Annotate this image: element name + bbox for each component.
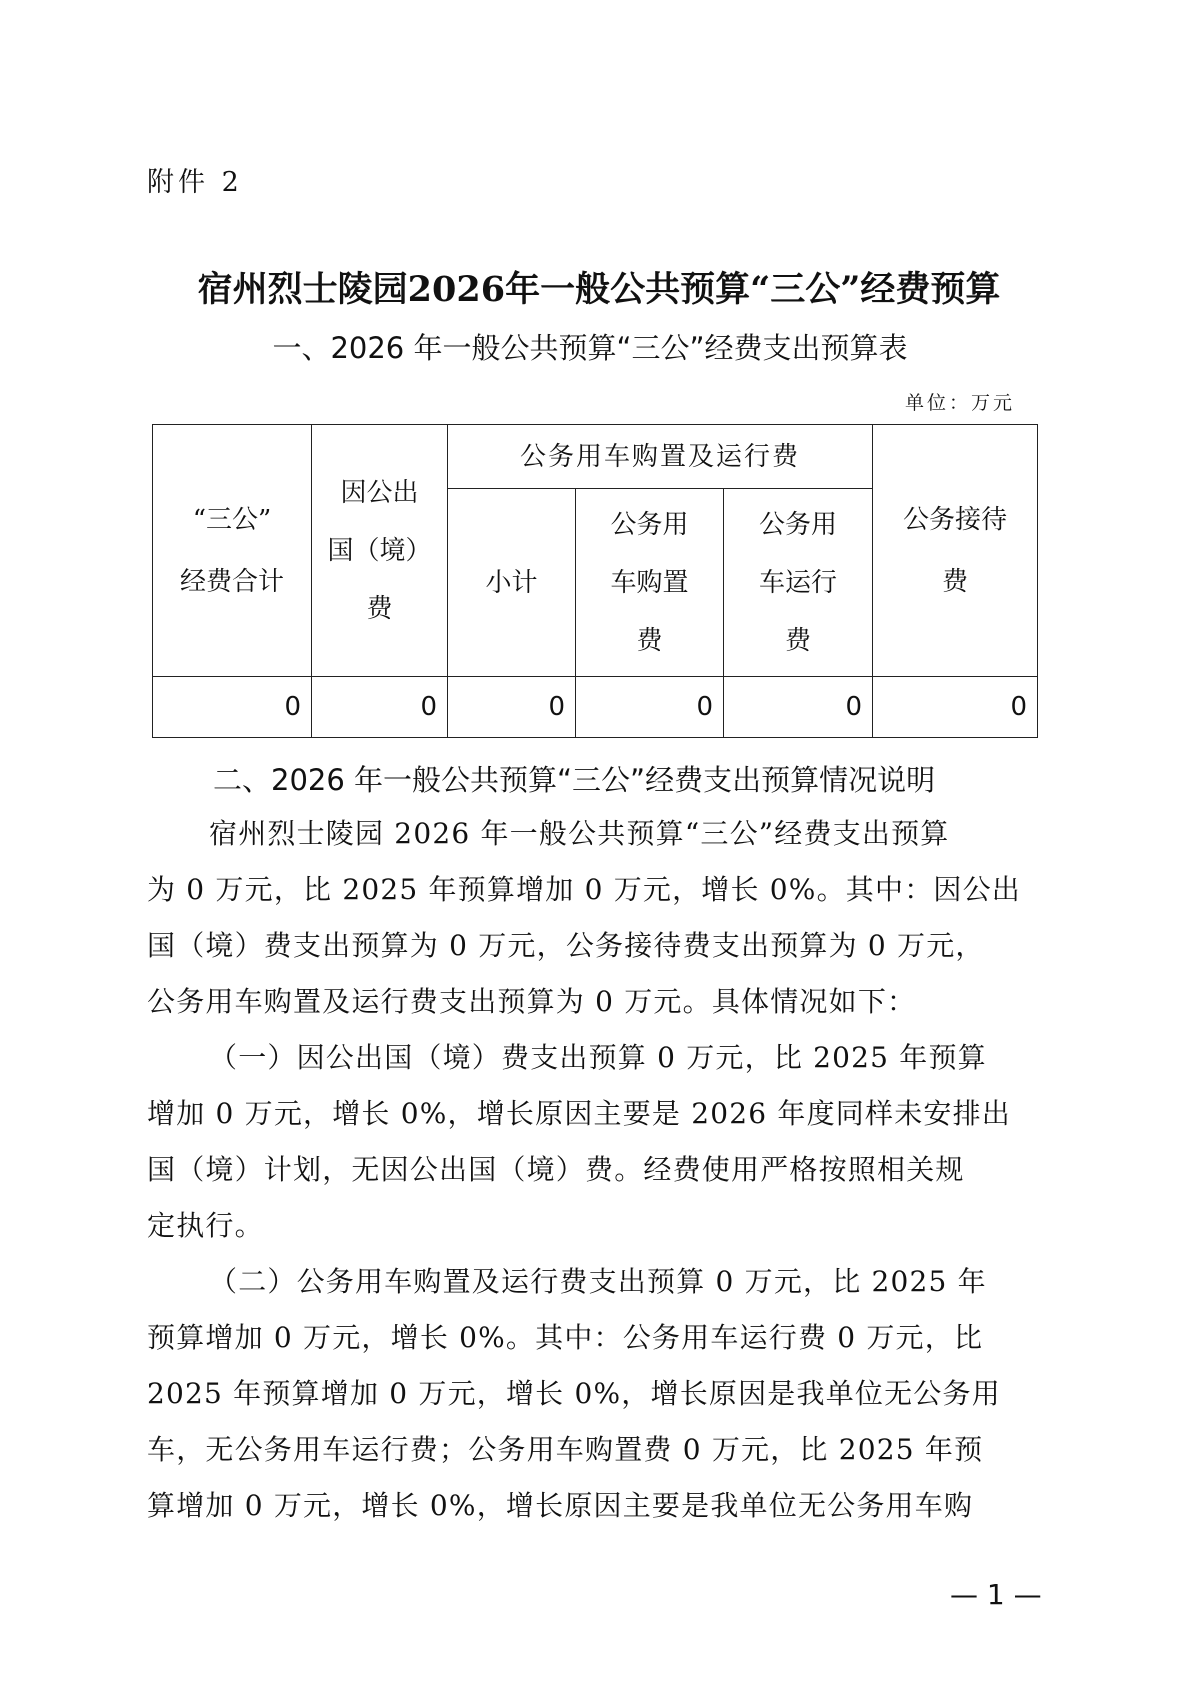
cell-subtotal: 0: [448, 677, 576, 738]
header-total: “三公” 经费合计: [153, 425, 312, 677]
paragraph-abroad: （一）因公出国（境）费支出预算 0 万元，比 2025 年预算 增加 0 万元，…: [147, 1030, 1037, 1254]
header-vehicle-purchase: 公务用 车购置 费: [576, 489, 724, 677]
cell-reception: 0: [873, 677, 1038, 738]
header-abroad: 因公出 国（境） 费: [312, 425, 448, 677]
header-subtotal: 小计: [448, 489, 576, 677]
paragraph-vehicle: （二）公务用车购置及运行费支出预算 0 万元，比 2025 年 预算增加 0 万…: [147, 1254, 1037, 1534]
section2-heading: 二、2026 年一般公共预算“三公”经费支出预算情况说明: [213, 758, 935, 799]
cell-vehicle-operation: 0: [724, 677, 873, 738]
document-title: 宿州烈士陵园2026年一般公共预算“三公”经费预算: [0, 262, 1190, 312]
cell-vehicle-purchase: 0: [576, 677, 724, 738]
budget-table: “三公” 经费合计 因公出 国（境） 费 公务用车购置及运行费 公务接待 费 小…: [152, 424, 1038, 738]
header-reception: 公务接待 费: [873, 425, 1038, 677]
unit-label: 单位：万元: [905, 388, 1015, 415]
header-vehicle-group: 公务用车购置及运行费: [448, 425, 873, 489]
header-vehicle-operation: 公务用 车运行 费: [724, 489, 873, 677]
cell-abroad: 0: [312, 677, 448, 738]
section1-heading: 一、2026 年一般公共预算“三公”经费支出预算表: [0, 326, 1190, 367]
paragraph-summary: 宿州烈士陵园 2026 年一般公共预算“三公”经费支出预算 为 0 万元，比 2…: [147, 806, 1037, 1030]
attachment-label: 附件 2: [147, 160, 243, 199]
cell-total: 0: [153, 677, 312, 738]
page-number: — 1 —: [950, 1578, 1042, 1611]
